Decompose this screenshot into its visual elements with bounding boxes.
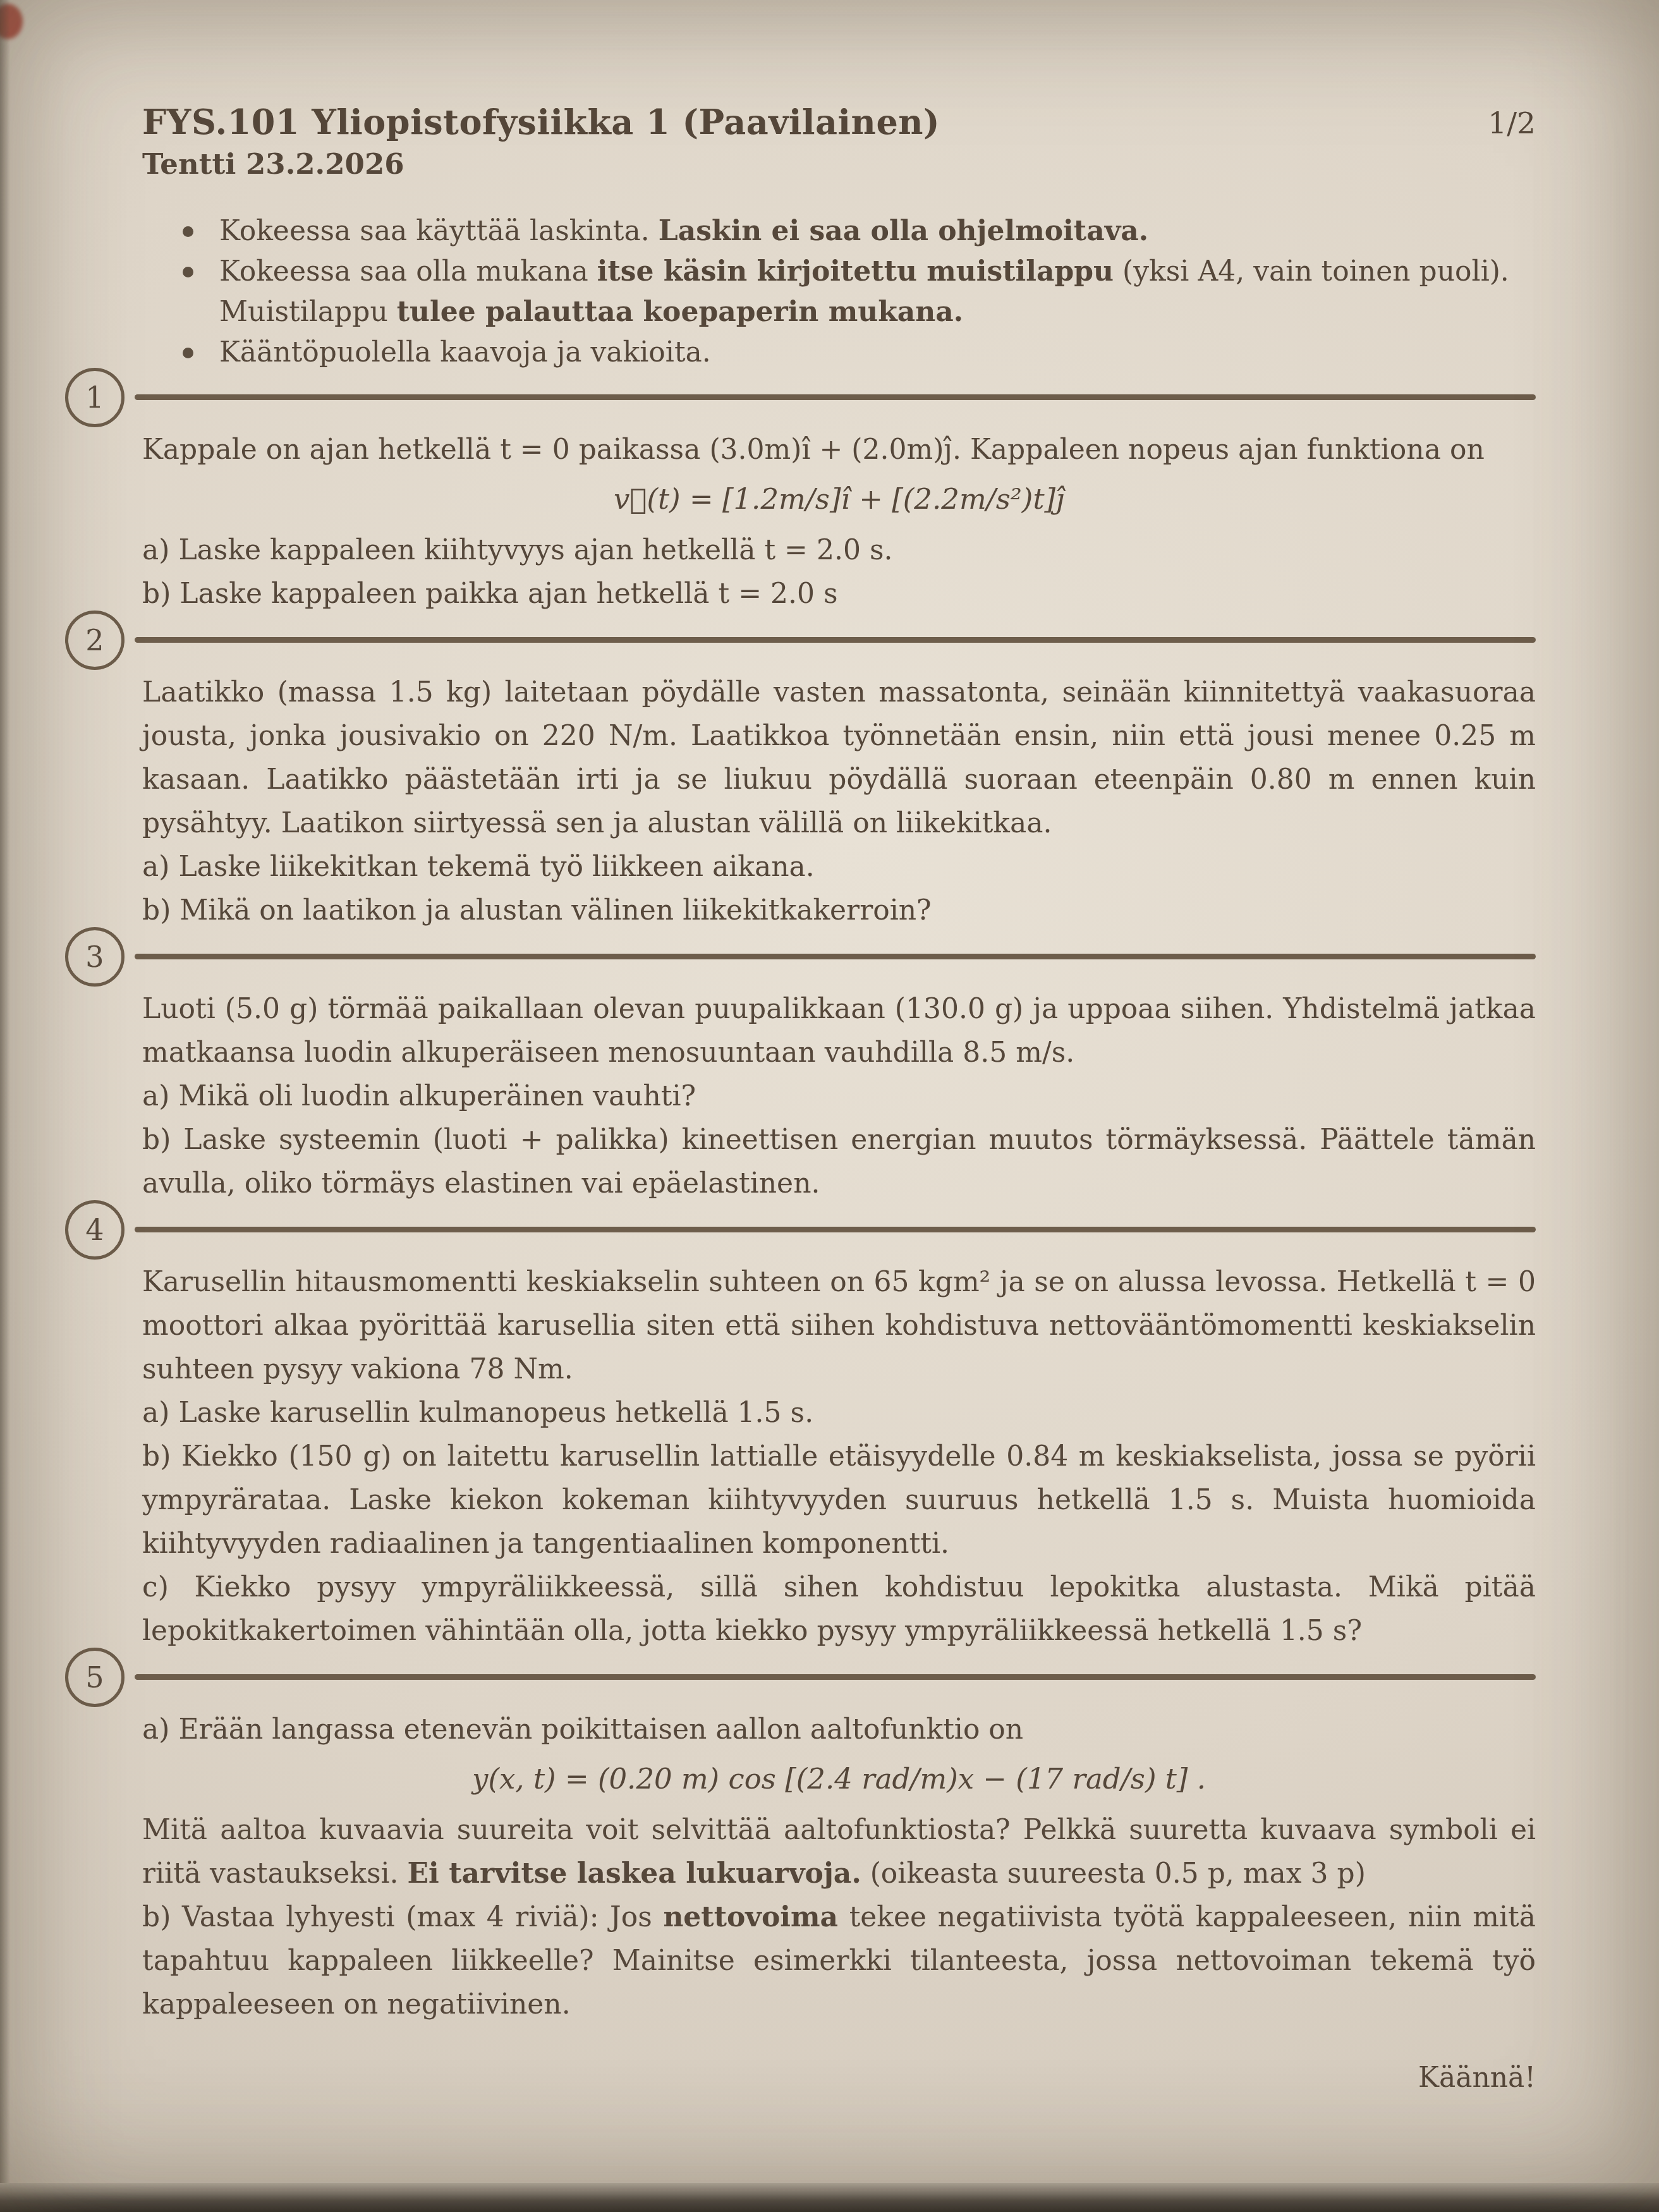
- text-segment: (oikeasta suureesta 0.5 p, max 3 p): [861, 1857, 1366, 1890]
- page-content: FYS.101 Yliopistofysiikka 1 (Paavilainen…: [0, 0, 1659, 2094]
- problem-1-divider: 1: [142, 394, 1536, 400]
- problem-2: Laatikko (massa 1.5 kg) laitetaan pöydäl…: [142, 671, 1536, 932]
- text-segment: Kokeessa saa olla mukana: [219, 255, 597, 288]
- exam-page: FYS.101 Yliopistofysiikka 1 (Paavilainen…: [0, 0, 1659, 2212]
- section-rule: [135, 394, 1536, 400]
- text-segment: b) Vastaa lyhyesti (max 4 riviä): Jos: [142, 1901, 663, 1933]
- problem-4: Karusellin hitausmomentti keskiakselin s…: [142, 1260, 1536, 1653]
- problem-1-equation: v⃗(t) = [1.2m/s]î + [(2.2m/s²)t]ĵ: [142, 482, 1536, 517]
- problem-2-intro: Laatikko (massa 1.5 kg) laitetaan pöydäl…: [142, 671, 1536, 845]
- instructions-list: Kokeessa saa käyttää laskinta. Laskin ei…: [142, 211, 1536, 373]
- page-number: 1/2: [1488, 101, 1536, 143]
- scan-edge-left: [0, 0, 10, 2212]
- problem-3: Luoti (5.0 g) törmää paikallaan olevan p…: [142, 987, 1536, 1205]
- problem-2-number: 2: [85, 623, 104, 657]
- page-title: FYS.101 Yliopistofysiikka 1 (Paavilainen…: [142, 101, 940, 143]
- problem-4-item-b: b) Kiekko (150 g) on laitettu karusellin…: [142, 1435, 1536, 1565]
- bold-text-segment: nettovoima: [663, 1901, 838, 1933]
- problem-5-number: 5: [85, 1660, 104, 1694]
- bullet-icon: [183, 226, 193, 237]
- problem-5-number-badge: 5: [65, 1648, 125, 1707]
- bold-text-segment: tulee palauttaa koepaperin mukana.: [397, 296, 963, 328]
- problem-4-intro: Karusellin hitausmomentti keskiakselin s…: [142, 1260, 1536, 1391]
- text-segment: Kääntöpuolella kaavoja ja vakioita.: [219, 336, 711, 368]
- problem-3-intro: Luoti (5.0 g) törmää paikallaan olevan p…: [142, 987, 1536, 1074]
- problem-4-number: 4: [85, 1213, 104, 1247]
- problem-4-item-a: a) Laske karusellin kulmanopeus hetkellä…: [142, 1391, 1536, 1435]
- problem-1-number: 1: [85, 380, 104, 415]
- problem-2-item-a: a) Laske liikekitkan tekemä työ liikkeen…: [142, 845, 1536, 889]
- problem-1: Kappale on ajan hetkellä t = 0 paikassa …: [142, 428, 1536, 616]
- problem-4-divider: 4: [142, 1227, 1536, 1232]
- problem-3-divider: 3: [142, 954, 1536, 959]
- bold-text-segment: Ei tarvitse laskea lukuarvoja.: [408, 1857, 861, 1890]
- problem-3-number-badge: 3: [65, 927, 125, 987]
- problem-5-item-b: b) Vastaa lyhyesti (max 4 riviä): Jos ne…: [142, 1895, 1536, 2026]
- problem-3-item-b: b) Laske systeemin (luoti + palikka) kin…: [142, 1118, 1536, 1205]
- bullet-icon: [183, 267, 193, 277]
- problem-1-intro: Kappale on ajan hetkellä t = 0 paikassa …: [142, 428, 1536, 471]
- problem-5-divider: 5: [142, 1674, 1536, 1680]
- section-rule: [135, 637, 1536, 643]
- problem-1-item-a: a) Laske kappaleen kiihtyvyys ajan hetke…: [142, 528, 1536, 572]
- bold-text-segment: Laskin ei saa olla ohjelmoitava.: [659, 215, 1148, 247]
- problem-2-item-b: b) Mikä on laatikon ja alustan välinen l…: [142, 889, 1536, 932]
- problem-1-item-b: b) Laske kappaleen paikka ajan hetkellä …: [142, 572, 1536, 616]
- instruction-item-3: Kääntöpuolella kaavoja ja vakioita.: [142, 332, 1536, 373]
- header-text-block: FYS.101 Yliopistofysiikka 1 (Paavilainen…: [142, 101, 940, 182]
- problem-3-item-a: a) Mikä oli luodin alkuperäinen vauhti?: [142, 1074, 1536, 1118]
- instruction-item-1: Kokeessa saa käyttää laskinta. Laskin ei…: [142, 211, 1536, 252]
- problem-4-item-c: c) Kiekko pysyy ympyräliikkeessä, sillä …: [142, 1565, 1536, 1653]
- problem-5-item-a-question: Mitä aaltoa kuvaavia suureita voit selvi…: [142, 1808, 1536, 1895]
- problem-4-number-badge: 4: [65, 1200, 125, 1260]
- problem-2-divider: 2: [142, 637, 1536, 643]
- section-rule: [135, 954, 1536, 959]
- problem-3-number: 3: [85, 940, 104, 974]
- section-rule: [135, 1227, 1536, 1232]
- problem-5-item-a-intro: a) Erään langassa etenevän poikittaisen …: [142, 1708, 1536, 1751]
- exam-date: Tentti 23.2.2026: [142, 147, 940, 182]
- problem-2-number-badge: 2: [65, 611, 125, 670]
- instruction-item-2: Kokeessa saa olla mukana itse käsin kirj…: [142, 252, 1536, 332]
- bullet-icon: [183, 348, 193, 358]
- problem-5: a) Erään langassa etenevän poikittaisen …: [142, 1708, 1536, 2026]
- bold-text-segment: itse käsin kirjoitettu muistilappu: [597, 255, 1114, 288]
- text-segment: Kokeessa saa käyttää laskinta.: [219, 215, 659, 247]
- turn-over-note: Käännä!: [142, 2062, 1536, 2094]
- problem-1-number-badge: 1: [65, 368, 125, 427]
- section-rule: [135, 1674, 1536, 1680]
- problem-5-equation: y(x, t) = (0.20 m) cos [(2.4 rad/m)x − (…: [142, 1761, 1536, 1797]
- page-header: FYS.101 Yliopistofysiikka 1 (Paavilainen…: [142, 101, 1536, 182]
- scan-edge-bottom: [0, 2183, 1659, 2212]
